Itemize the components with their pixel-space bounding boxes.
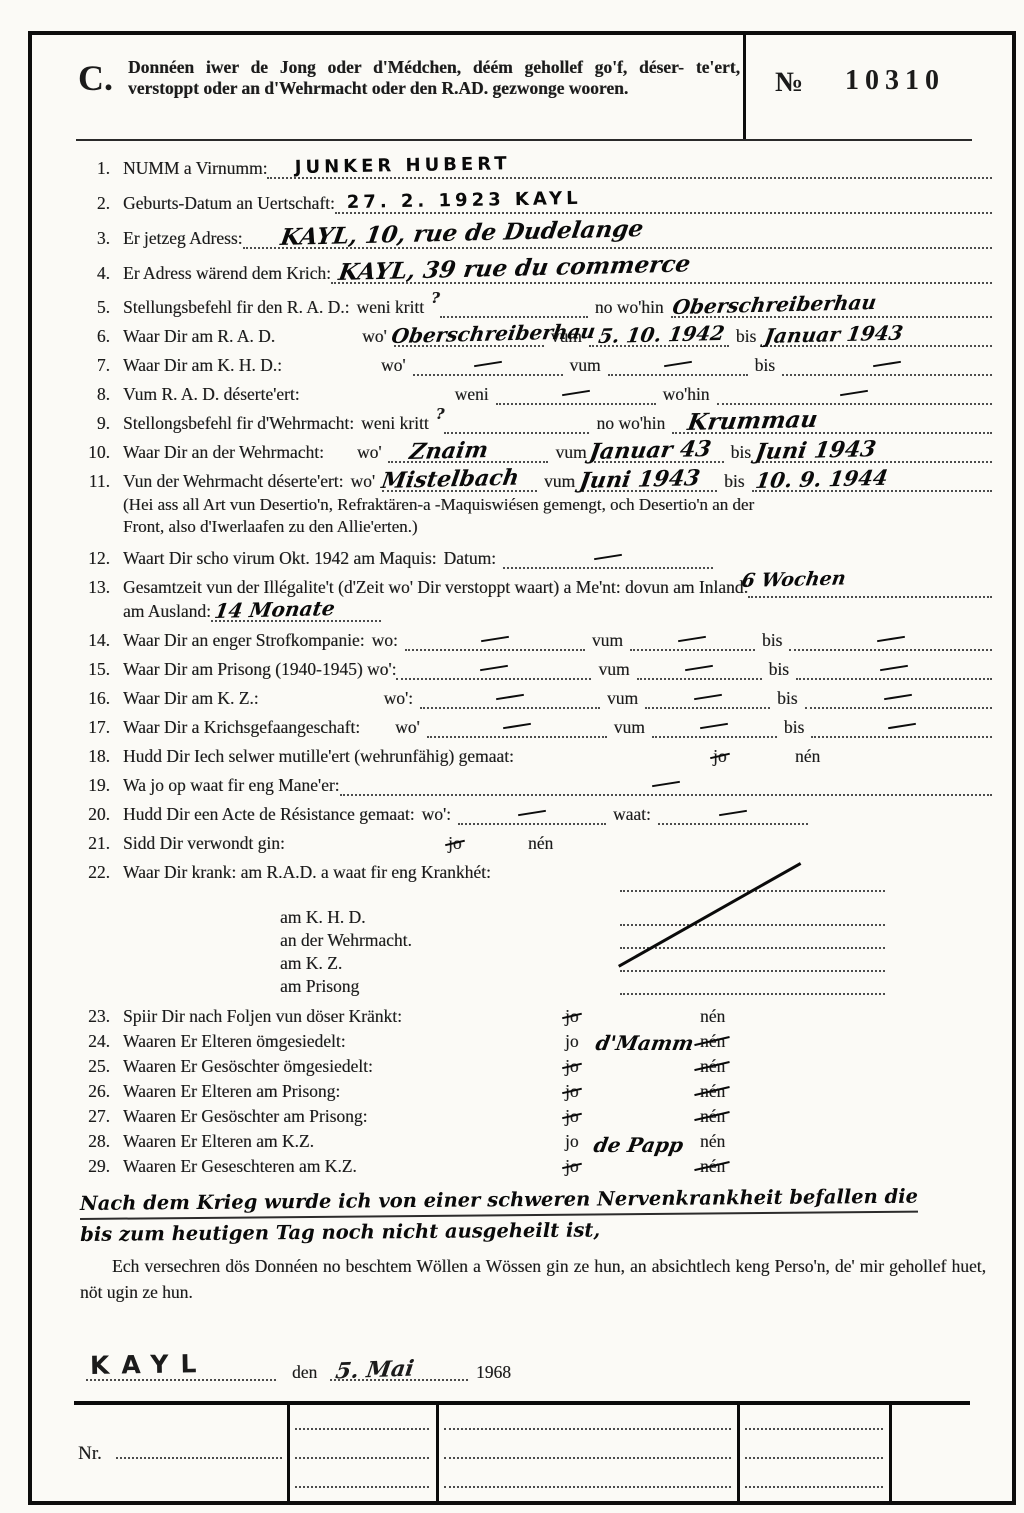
field-label: bis [762, 658, 796, 680]
item-sublabel: an der Wehrmacht. [280, 930, 412, 951]
field-label: vum [563, 354, 608, 376]
item-label: Wa jo op waat fir eng Mane'er: [123, 774, 340, 796]
footer-table-top-rule [74, 1401, 970, 1405]
item-number: 25. [78, 1055, 110, 1077]
item-number: 11. [78, 470, 110, 492]
answer-line [658, 803, 808, 825]
answer-line [796, 658, 992, 680]
field-label: vum [585, 629, 630, 651]
item-label: Stellungsbefehl fir den R. A. D.: [123, 296, 350, 318]
item-number: 6. [78, 325, 110, 347]
answer-line: Mistelbach [382, 470, 537, 492]
item-label: Waar Dir am Prisong (1940-1945) wo': [123, 658, 396, 680]
form-row-17: 17. Waar Dir a Krichsgefaangeschaft: wo'… [78, 716, 992, 738]
item-sublabel: am K. H. D. [280, 907, 366, 928]
field-label: vum [607, 716, 652, 738]
nr-label: Nr. [78, 1443, 102, 1465]
item-number: 7. [78, 354, 110, 376]
handwritten-date: Juni 1943 [754, 438, 877, 463]
answer-nen: nén [700, 1130, 725, 1152]
footer-table: Nr. [32, 1401, 1012, 1501]
item-label: Er Adress wärend dem Krich: [123, 262, 331, 284]
answer-line: 5. 10. 1942 [589, 325, 729, 347]
answer-line [652, 716, 777, 738]
form-row-25: 25. Waaren Er Gesöschter ömgesiedelt: jo… [78, 1055, 992, 1077]
footer-dotted-line [444, 1428, 731, 1430]
footer-table-divider [436, 1404, 439, 1501]
form-row-22-sub: am Prisong [78, 976, 992, 999]
item-number: 28. [78, 1130, 110, 1152]
item-label: NUMM a Virnumm: [123, 157, 267, 179]
answer-line [440, 296, 588, 318]
item-number: 2. [78, 192, 110, 214]
form-row-23: 23. Spiir Dir nach Foljen vun döser Krän… [78, 1005, 992, 1027]
answer-jo: jo [448, 832, 462, 854]
footer-dotted-line [295, 1486, 429, 1488]
item-number: 27. [78, 1105, 110, 1127]
form-row-13b: am Ausland: 14 Monate [78, 600, 992, 622]
handwritten-birthdate: 27. 2. 1923 KAYL [346, 188, 581, 214]
field-label: no wo'hin [588, 296, 671, 318]
field-label: weni kritt [354, 412, 436, 434]
field-label: vum [548, 441, 593, 463]
field-label: bis [755, 629, 789, 651]
handwritten-mark: ? [436, 403, 445, 425]
form-row-8: 8. Vum R. A. D. déserte'ert: weni wo'hin [78, 383, 992, 405]
field-label: wo': [415, 803, 458, 825]
header-line-3: wooren. [569, 78, 628, 98]
footer-table-divider [737, 1404, 740, 1501]
field-label: wo' [374, 354, 413, 376]
handwritten-date: Januar 1943 [763, 322, 905, 347]
answer-nen: nén [795, 745, 820, 767]
handwritten-place: Mistelbach [380, 467, 521, 492]
answer-line [608, 354, 748, 376]
handwritten-inland: 6 Wochen [740, 567, 847, 592]
footer-dotted-line [295, 1457, 429, 1459]
answer-line: 10. 9. 1944 [752, 470, 992, 492]
item-number: 10. [78, 441, 110, 463]
handwritten-place: Krummau [686, 409, 819, 434]
handwritten-war-address: KAYL, 39 rue du commerce [337, 253, 692, 284]
answer-line [620, 979, 885, 995]
item-number: 20. [78, 803, 110, 825]
form-row-29: 29. Waaren Er Geseschteren am K.Z. jo né… [78, 1155, 992, 1177]
form-row-13: 13. Gesamtzeit vun der Illégalite't (d'Z… [78, 576, 992, 598]
item-number: 15. [78, 658, 110, 680]
footer-dotted-line [745, 1457, 883, 1459]
form-row-24: 24. Waaren Er Elteren ömgesiedelt: jo d'… [78, 1030, 992, 1052]
answer-line: Znaim [388, 441, 548, 463]
form-border-frame: C. Donnéen iwer de Jong oder d'Médchen, … [28, 31, 1016, 1505]
item-label: Spiir Dir nach Foljen vun döser Kränkt: [123, 1005, 402, 1027]
footer-dotted-line [444, 1457, 731, 1459]
form-row-11: 11. Vun der Wehrmacht déserte'ert: wo' M… [78, 470, 992, 492]
item-label: Vum R. A. D. déserte'ert: [123, 383, 300, 405]
form-row-22-sub [78, 884, 992, 907]
answer-nen: nén [700, 1080, 725, 1102]
form-row-19: 19. Wa jo op waat fir eng Mane'er: [78, 774, 992, 796]
answer-jo: jo [565, 1055, 579, 1077]
answer-jo: jo [565, 1080, 579, 1102]
field-label: vum [600, 687, 645, 709]
item-11-note-line-2: Front, also d'Iwerlaafen zu den Allie'er… [123, 516, 992, 538]
item-label: Vun der Wehrmacht déserte'ert: [123, 470, 344, 492]
answer-jo: jo [565, 1030, 579, 1052]
declaration-text: Ech versechren dös Donnéen no beschtem W… [80, 1253, 986, 1305]
field-label: wo' [350, 441, 389, 463]
answer-line: Januar 43 [594, 441, 724, 463]
field-label: wo' [344, 470, 383, 492]
header-rule [76, 139, 972, 141]
answer-line: Januar 1943 [763, 325, 992, 347]
handwritten-date: 10. 9. 1944 [754, 467, 889, 492]
handwritten-name: JUNKER HUBERT [295, 153, 511, 179]
field-label: vum [591, 658, 636, 680]
handwritten-date: 5. 10. 1942 [597, 322, 726, 347]
field-label: wo'hin [656, 383, 717, 405]
answer-jo: jo [565, 1155, 579, 1177]
handwritten-date: Januar 43 [588, 438, 713, 463]
answer-nen: nén [528, 832, 553, 854]
item-number: 29. [78, 1155, 110, 1177]
answer-line [620, 910, 885, 926]
form-row-6: 6. Waar Dir am R. A. D. wo' Oberschreibe… [78, 325, 992, 347]
item-label: Hudd Dir een Acte de Résistance gemaat: [123, 803, 415, 825]
form-row-10: 10. Waar Dir an der Wehrmacht: wo' Znaim… [78, 441, 992, 463]
answer-nen: nén [700, 1030, 725, 1052]
footer-dotted-line [295, 1428, 429, 1430]
answer-nen: nén [700, 1005, 725, 1027]
footer-dotted-line [745, 1428, 883, 1430]
header-description: Donnéen iwer de Jong oder d'Médchen, déé… [128, 57, 740, 99]
form-row-12: 12. Waart Dir scho virum Okt. 1942 am Ma… [78, 547, 992, 569]
form-row-4: 4. Er Adress wärend dem Krich: KAYL, 39 … [78, 262, 992, 284]
answer-jo: jo [713, 745, 727, 767]
item-number: 1. [78, 157, 110, 179]
field-label: bis [770, 687, 804, 709]
handwritten-answer: de Papp [592, 1134, 685, 1156]
answer-line [620, 956, 885, 972]
answer-line: Oberschreiberhau [671, 296, 992, 318]
handwritten-note: Nach dem Krieg wurde ich von einer schwe… [80, 1181, 992, 1249]
field-label: Datum: [437, 547, 504, 569]
answer-jo: jo [565, 1130, 579, 1152]
item-number: 22. [78, 861, 110, 883]
scanned-form-page: C. Donnéen iwer de Jong oder d'Médchen, … [0, 0, 1024, 1513]
item-number: 4. [78, 262, 110, 284]
item-label: Gesamtzeit vun der Illégalite't (d'Zeit … [123, 576, 748, 598]
form-row-3: 3. Er jetzeg Adress: KAYL, 10, rue de Du… [78, 227, 992, 249]
field-label: vum [537, 470, 582, 492]
answer-line: 14 Monate [211, 600, 381, 622]
form-row-7: 7. Waar Dir am K. H. D.: wo' vum bis [78, 354, 992, 376]
handwritten-ausland: 14 Monate [213, 597, 337, 622]
answer-line [637, 658, 762, 680]
answer-line [413, 354, 563, 376]
form-row-22-sub: am K. Z. [78, 953, 992, 976]
field-label: wo': [377, 687, 420, 709]
item-label: Waaren Er Elteren am K.Z. [123, 1130, 314, 1152]
signature-area: Junker [78, 1391, 992, 1401]
handwritten-place: KAYL [90, 1349, 209, 1380]
answer-line: KAYL, 10, rue de Dudelange [243, 227, 992, 249]
form-row-9: 9. Stellongsbefehl fir d'Wehrmacht: weni… [78, 412, 992, 434]
answer-line: JUNKER HUBERT [267, 157, 992, 179]
item-label: Er jetzeg Adress: [123, 227, 243, 249]
answer-line [503, 547, 713, 569]
answer-line [645, 687, 770, 709]
form-row-21: 21. Sidd Dir verwondt gin: jo nén [78, 832, 992, 854]
date-line: KAYL den 5. Mai 1968 [78, 1331, 992, 1389]
form-row-22-sub: an der Wehrmacht. [78, 930, 992, 953]
handwritten-date: 5. Mai [334, 1356, 416, 1385]
answer-line [805, 687, 992, 709]
answer-line: Oberschreiberhau [394, 325, 544, 347]
header-line-1: Donnéen iwer de Jong oder d'Médchen, déé… [128, 57, 684, 77]
item-number: 21. [78, 832, 110, 854]
printed-year: 1968 [476, 1362, 511, 1383]
field-label: waat: [606, 803, 658, 825]
item-number: 13. [78, 576, 110, 598]
footer-table-divider [889, 1404, 892, 1501]
form-row-16: 16. Waar Dir am K. Z.: wo': vum bis [78, 687, 992, 709]
form-row-22: 22. Waar Dir krank: am R.A.D. a waat fir… [78, 861, 992, 999]
field-label: bis [729, 325, 763, 347]
handwritten-place: Znaim [408, 439, 490, 463]
field-label: bis [717, 470, 751, 492]
handwritten-date: Juni 1943 [578, 467, 701, 492]
header-divider [743, 31, 746, 141]
answer-line [427, 716, 607, 738]
form-row-18: 18. Hudd Dir Iech selwer mutille'ert (we… [78, 745, 992, 767]
form-header: C. Donnéen iwer de Jong oder d'Médchen, … [32, 35, 1012, 141]
field-label: wo' [388, 716, 427, 738]
answer-line [396, 658, 591, 680]
item-label: Waar Dir am R. A. D. [123, 325, 275, 347]
item-number: 16. [78, 687, 110, 709]
form-row-20: 20. Hudd Dir een Acte de Résistance gema… [78, 803, 992, 825]
answer-line [789, 629, 992, 651]
answer-line [630, 629, 755, 651]
form-row-27: 27. Waaren Er Gesöschter am Prisong: jo … [78, 1105, 992, 1127]
form-row-26: 26. Waaren Er Elteren am Prisong: jo nén [78, 1080, 992, 1102]
item-label: Waar Dir am K. H. D.: [123, 354, 282, 376]
numero-sign: № [775, 67, 803, 99]
answer-line [811, 716, 992, 738]
item-label: Stellongsbefehl fir d'Wehrmacht: [123, 412, 354, 434]
field-label: bis [724, 441, 758, 463]
form-row-14: 14. Waar Dir an enger Strofkompanie: wo:… [78, 629, 992, 651]
answer-nen: nén [700, 1155, 725, 1177]
answer-jo: jo [565, 1105, 579, 1127]
section-letter: C. [78, 57, 113, 99]
field-label: wo' [355, 325, 394, 347]
answer-line: Juni 1943 [758, 441, 992, 463]
item-number: 17. [78, 716, 110, 738]
item-label: Waar Dir an der Wehrmacht: [123, 441, 324, 463]
item-label: Waart Dir scho virum Okt. 1942 am Maquis… [123, 547, 437, 569]
answer-line: Krummau [672, 412, 992, 434]
item-label: Sidd Dir verwondt gin: [123, 832, 285, 854]
field-label: wo: [365, 629, 405, 651]
answer-line [496, 383, 656, 405]
answer-line: 27. 2. 1923 KAYL [335, 192, 992, 214]
item-number: 5. [78, 296, 110, 318]
item-sublabel: am K. Z. [280, 953, 342, 974]
item-number: 24. [78, 1030, 110, 1052]
handwritten-answer: d'Mamm [594, 1032, 695, 1054]
form-row-5: 5. Stellungsbefehl fir den R. A. D.: wen… [78, 296, 992, 318]
handwritten-place: Oberschreiberhau [390, 320, 597, 347]
field-label: weni [448, 383, 496, 405]
item-number: 12. [78, 547, 110, 569]
item-number: 19. [78, 774, 110, 796]
form-body: 1. NUMM a Virnumm: JUNKER HUBERT 2. Gebu… [32, 143, 1012, 1401]
answer-line [340, 774, 992, 796]
item-label: Waaren Er Elteren ömgesiedelt: [123, 1030, 346, 1052]
item-number: 8. [78, 383, 110, 405]
footer-table-divider [287, 1404, 290, 1501]
item-number: 14. [78, 629, 110, 651]
form-row-22-sub: am K. H. D. [78, 907, 992, 930]
item-label: Waaren Er Geseschteren am K.Z. [123, 1155, 357, 1177]
item-label: Waar Dir krank: am R.A.D. a waat fir eng… [123, 861, 491, 883]
item-label: Geburts-Datum an Uertschaft: [123, 192, 335, 214]
answer-line [420, 687, 600, 709]
item-label: Waar Dir am K. Z.: [123, 687, 259, 709]
answer-nen: nén [700, 1055, 725, 1077]
answer-line [405, 629, 585, 651]
item-number: 18. [78, 745, 110, 767]
form-row-1: 1. NUMM a Virnumm: JUNKER HUBERT [78, 157, 992, 179]
answer-line: KAYL, 39 rue du commerce [331, 262, 992, 284]
field-label: no wo'hin [589, 412, 672, 434]
item-number: 9. [78, 412, 110, 434]
footer-dotted-line [444, 1486, 731, 1488]
item-number: 26. [78, 1080, 110, 1102]
field-label: weni kritt [350, 296, 432, 318]
handwritten-place: Oberschreiberhau [671, 291, 878, 318]
item-label: Waaren Er Gesöschter ömgesiedelt: [123, 1055, 373, 1077]
item-label: Waaren Er Gesöschter am Prisong: [123, 1105, 368, 1127]
answer-line [444, 412, 589, 434]
answer-line [717, 383, 992, 405]
answer-line [782, 354, 992, 376]
footer-dotted-line [745, 1486, 883, 1488]
form-row-28: 28. Waaren Er Elteren am K.Z. jo de Papp… [78, 1130, 992, 1152]
item-label: Waar Dir a Krichsgefaangeschaft: [123, 716, 360, 738]
item-label: Waar Dir an enger Strofkompanie: [123, 629, 365, 651]
form-row-2: 2. Geburts-Datum an Uertschaft: 27. 2. 1… [78, 192, 992, 214]
item-sublabel: am Prisong [280, 976, 359, 997]
form-number: 10310 [845, 65, 945, 97]
answer-jo: jo [565, 1005, 579, 1027]
field-label: bis [777, 716, 811, 738]
item-number: 3. [78, 227, 110, 249]
footer-dotted-line [116, 1457, 282, 1459]
item-number: 23. [78, 1005, 110, 1027]
answer-line: 6 Wochen [748, 576, 992, 598]
handwritten-address: KAYL, 10, rue de Dudelange [279, 218, 645, 249]
form-row-15: 15. Waar Dir am Prisong (1940-1945) wo':… [78, 658, 992, 680]
item-sublabel: am Ausland: [123, 600, 211, 622]
item-label: Hudd Dir Iech selwer mutille'ert (wehrun… [123, 745, 514, 767]
item-label: Waaren Er Elteren am Prisong: [123, 1080, 340, 1102]
item-11-note-line-1: (Hei ass all Art vun Desertio'n, Refrakt… [123, 494, 992, 516]
handwritten-mark: ? [431, 287, 440, 309]
answer-line: Juni 1943 [582, 470, 717, 492]
answer-line [458, 803, 606, 825]
den-label: den [292, 1362, 317, 1383]
answer-nen: nén [700, 1105, 725, 1127]
field-label: bis [748, 354, 782, 376]
